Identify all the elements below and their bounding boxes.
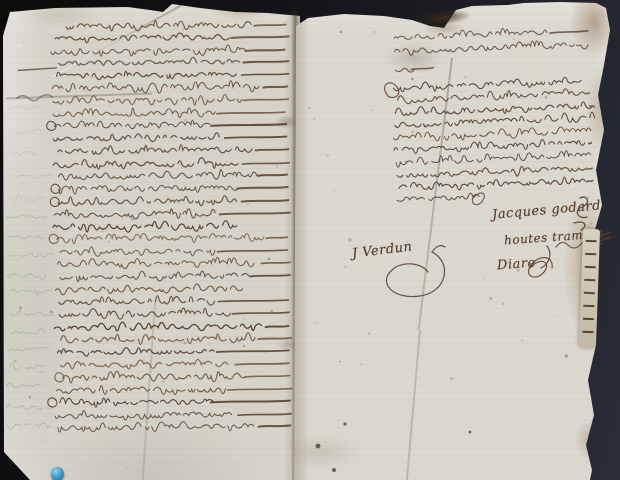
repair-strip-tick [586,240,597,242]
fold-crease [6,92,152,99]
manuscript-photo: Jacques godard houtes tramont J Verdun D… [0,0,620,480]
fold-crease [52,0,190,77]
repair-strip-tick [584,279,595,281]
fold-crease [142,300,156,480]
repair-strip-tick [582,331,593,333]
signature-diare: Diare [497,256,537,274]
repair-strip-tick [583,318,594,320]
blue-pin [51,467,64,480]
left-page [0,0,300,480]
repair-strip-tick [585,266,596,268]
edge-repair-strip [579,229,600,348]
repair-strip-tick [584,292,595,294]
repair-strip-tick [585,253,596,255]
repair-strip-tick [583,305,594,307]
